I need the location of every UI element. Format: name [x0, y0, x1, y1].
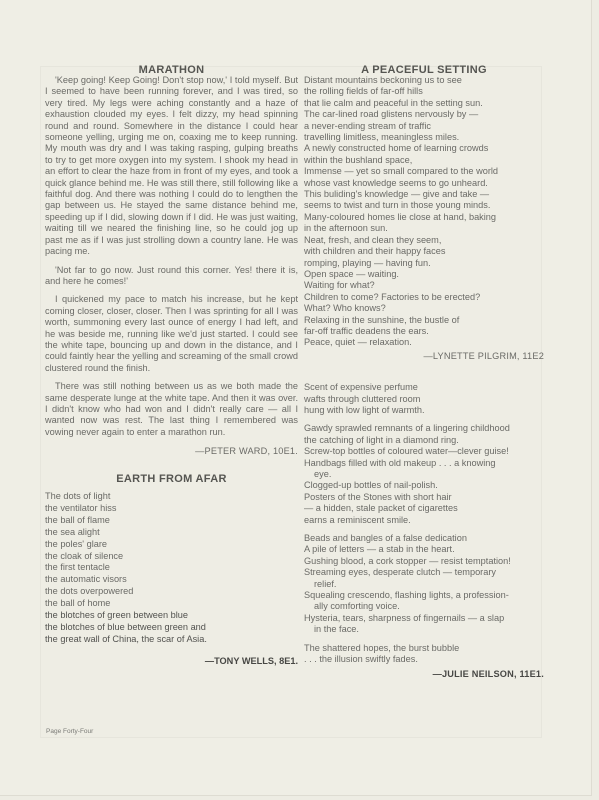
left-column: 'Keep going! Keep Going! Don't stop now,… [45, 75, 298, 667]
poem-line: The dots of light [45, 491, 298, 503]
peaceful-setting-poem: Distant mountains beckoning us to seethe… [304, 75, 544, 349]
poem-line: travelling limitless, meaningless miles. [304, 132, 544, 143]
poem-line: earns a reminiscent smile. [304, 515, 544, 526]
poem-line: the automatic visors [45, 574, 298, 586]
poem-line: the blotches of blue between green and [45, 622, 298, 634]
poem-line: Gawdy sprawled remnants of a lingering c… [304, 423, 544, 434]
poem-line: that lie calm and peaceful in the settin… [304, 98, 544, 109]
poem-line: Handbags filled with old makeup . . . a … [304, 458, 544, 469]
marathon-story: 'Keep going! Keep Going! Don't stop now,… [45, 75, 298, 458]
poem-line: eye. [304, 469, 544, 480]
poem-line: Distant mountains beckoning us to see [304, 75, 544, 86]
poem-line: Relaxing in the sunshine, the bustle of [304, 315, 544, 326]
poem-stanza: Scent of expensive perfumewafts through … [304, 382, 544, 416]
peaceful-setting-byline: —LYNETTE PILGRIM, 11E2 [304, 351, 544, 362]
poem-line: the ball of home [45, 598, 298, 610]
poem-line: in the afternoon sun. [304, 223, 544, 234]
poem-line: The car-lined road glistens nervously by… [304, 109, 544, 120]
poem-line: The shattered hopes, the burst bubble [304, 643, 544, 654]
poem-line: whose vast knowledge seems to go unheard… [304, 178, 544, 189]
poem-line: Clogged-up bottles of nail-polish. [304, 480, 544, 491]
poem-line: the great wall of China, the scar of Asi… [45, 634, 298, 646]
poem-line: a never-ending stream of traffic [304, 121, 544, 132]
poem-line: Gushing blood, a cork stopper — resist t… [304, 556, 544, 567]
poem-line: ally comforting voice. [304, 601, 544, 612]
poem-line: Open space — waiting. [304, 269, 544, 280]
earth-from-afar-title: EARTH FROM AFAR [45, 474, 298, 485]
poem-line: the sea alight [45, 527, 298, 539]
marathon-byline: —PETER WARD, 10E1. [45, 446, 298, 457]
marathon-paragraph-1: 'Keep going! Keep Going! Don't stop now,… [45, 75, 298, 258]
poem-line: the rolling fields of far-off hills [304, 86, 544, 97]
poem-line: — a hidden, stale packet of cigarettes [304, 503, 544, 514]
poem-line: seems to twist and turn in those young m… [304, 200, 544, 211]
marathon-paragraph-4: There was still nothing between us as we… [45, 381, 298, 438]
poem-line: with children and their happy faces [304, 246, 544, 257]
poem-line: Children to come? Factories to be erecte… [304, 292, 544, 303]
poem-line: A newly constructed home of learning cro… [304, 143, 544, 154]
poem-line: This buliding's knowledge — give and tak… [304, 189, 544, 200]
poem-line: Streaming eyes, desperate clutch — tempo… [304, 567, 544, 578]
poem-stanza: The shattered hopes, the burst bubble. .… [304, 643, 544, 666]
poem-line: What? Who knows? [304, 303, 544, 314]
page-number: Page Forty-Four [46, 728, 93, 735]
poem-line: Posters of the Stones with short hair [304, 492, 544, 503]
poem-line: far-off traffic deadens the ears. [304, 326, 544, 337]
poem-stanza: Gawdy sprawled remnants of a lingering c… [304, 423, 544, 526]
poem-line: Peace, quiet — relaxation. [304, 337, 544, 348]
poem-stanza: Beads and bangles of a false dedicationA… [304, 533, 544, 636]
poem-line: the cloak of silence [45, 551, 298, 563]
poem-line: . . . the illusion swiftly fades. [304, 654, 544, 665]
poem-line: Screw-top bottles of coloured water—clev… [304, 446, 544, 457]
poem-line: the catching of light in a diamond ring. [304, 435, 544, 446]
earth-from-afar-poem: The dots of lightthe ventilator hissthe … [45, 491, 298, 646]
marathon-paragraph-2: 'Not far to go now. Just round this corn… [45, 265, 298, 288]
poem-line: within the bushland space, [304, 155, 544, 166]
poem-line: Immense — yet so small compared to the w… [304, 166, 544, 177]
poem-line: Many-coloured homes lie close at hand, b… [304, 212, 544, 223]
poem-line: Squealing crescendo, flashing lights, a … [304, 590, 544, 601]
untitled-poem-byline: —JULIE NEILSON, 11E1. [304, 669, 544, 680]
poem-line: wafts through cluttered room [304, 394, 544, 405]
poem-line: Waiting for what? [304, 280, 544, 291]
poem-line: romping, playing — having fun. [304, 258, 544, 269]
poem-line: Beads and bangles of a false dedication [304, 533, 544, 544]
poem-line: the ventilator hiss [45, 503, 298, 515]
earth-from-afar-byline: —TONY WELLS, 8E1. [45, 656, 298, 667]
poem-line: the blotches of green between blue [45, 610, 298, 622]
poem-line: relief. [304, 579, 544, 590]
poem-line: Scent of expensive perfume [304, 382, 544, 393]
right-column: Distant mountains beckoning us to seethe… [304, 75, 544, 680]
poem-line: the ball of flame [45, 515, 298, 527]
poem-line: hung with low light of warmth. [304, 405, 544, 416]
marathon-paragraph-3: I quickened my pace to match his increas… [45, 294, 298, 374]
poem-line: Neat, fresh, and clean they seem, [304, 235, 544, 246]
poem-line: the poles' glare [45, 539, 298, 551]
poem-line: in the face. [304, 624, 544, 635]
poem-line: A pile of letters — a stab in the heart. [304, 544, 544, 555]
poem-line: the first tentacle [45, 562, 298, 574]
poem-line: the dots overpowered [45, 586, 298, 598]
untitled-poem: Scent of expensive perfumewafts through … [304, 382, 544, 665]
poem-line: Hysteria, tears, sharpness of fingernail… [304, 613, 544, 624]
